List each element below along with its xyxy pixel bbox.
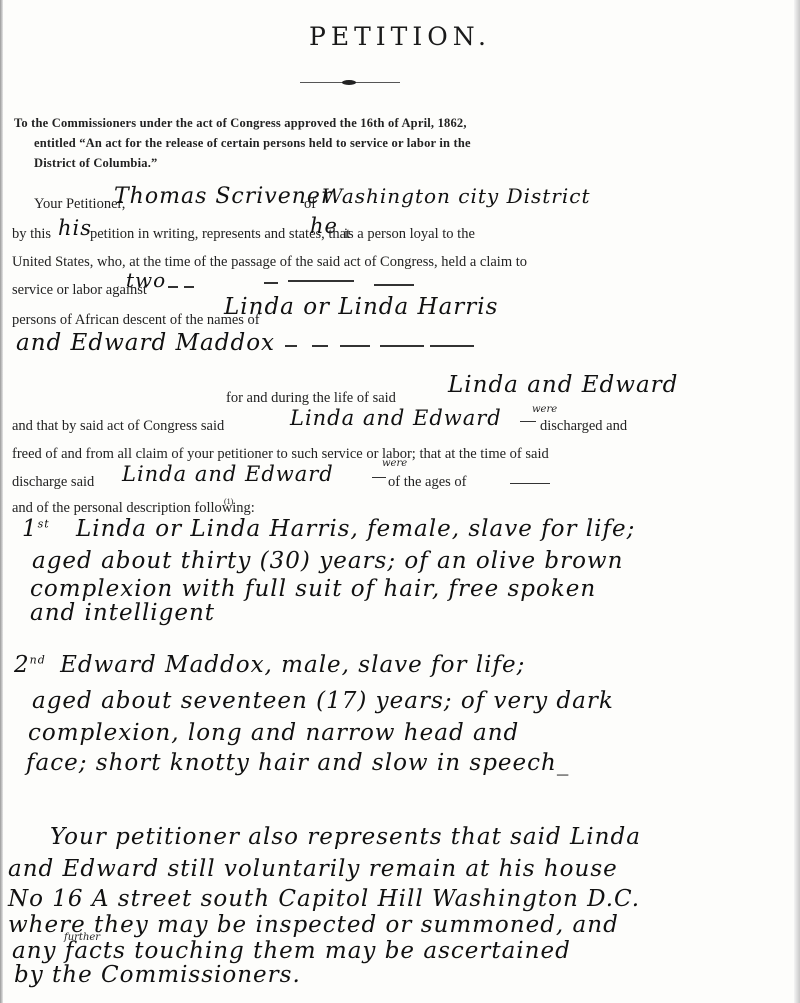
was-strikethrough (520, 421, 536, 422)
was-strikethrough-2 (372, 477, 386, 478)
fill-dash (264, 282, 278, 284)
fill-dash (288, 280, 354, 282)
closing-line-1: Your petitioner also represents that sai… (50, 824, 641, 850)
page-edge-right (794, 0, 800, 1003)
ages-names: Linda and Edward (122, 462, 334, 486)
label-united-states: United States, who, at the time of the p… (12, 254, 527, 271)
fill-dash (184, 286, 194, 288)
fill-dash (340, 345, 370, 347)
document-title: PETITION. (0, 22, 800, 51)
label-personal-description: and of the personal description followin… (12, 500, 255, 517)
description-2-line-4: face; short knotty hair and slow in spee… (26, 750, 569, 776)
closing-line-3: No 16 A street south Capitol Hill Washin… (8, 886, 640, 912)
ordinal-suffix: nd (30, 653, 46, 666)
label-of-the-ages: of the ages of (388, 474, 467, 491)
address-line-2: entitled “An act for the release of cert… (34, 136, 471, 151)
description-1-line-1: 1st Linda or Linda Harris, female, slave… (22, 516, 635, 542)
fill-dash (312, 345, 328, 347)
label-for-life: for and during the life of said (226, 390, 396, 407)
fill-dash (374, 284, 414, 286)
label-by-this: by this (12, 226, 51, 243)
ordinal: 2 (14, 652, 30, 678)
fill-dash (380, 345, 424, 347)
label-freed: freed of and from all claim of your peti… (12, 446, 549, 463)
persons-names-line-1: Linda or Linda Harris (224, 294, 498, 320)
fill-dash (285, 345, 297, 347)
fill-dash (510, 483, 550, 484)
page-edge-left (0, 0, 3, 1003)
pronoun-possessive: his (58, 216, 92, 240)
footnote-marker: (1) (224, 497, 233, 506)
address-line-3: District of Columbia.” (34, 156, 158, 171)
petition-page: PETITION. To the Commissioners under the… (0, 0, 800, 1003)
were-correction-2: were (382, 458, 407, 469)
petitioner-name: Thomas Scrivener (114, 184, 332, 209)
petitioner-residence: Washington city District (322, 184, 591, 208)
closing-line-6: by the Commissioners. (14, 962, 301, 988)
ordinal-suffix: st (38, 517, 50, 530)
discharged-names: Linda and Edward (290, 406, 502, 430)
description-2-line-2: aged about seventeen (17) years; of very… (32, 688, 614, 714)
label-persons-of: persons of African descent of the names … (12, 312, 260, 329)
description-1-line-3: complexion with full suit of hair, free … (30, 576, 596, 602)
persons-count: two (126, 268, 166, 292)
ornamental-rule (300, 82, 400, 84)
pronoun-subject: he (310, 214, 338, 238)
persons-names-line-2: and Edward Maddox (16, 330, 275, 356)
description-2-line-1: 2nd Edward Maddox, male, slave for life; (14, 652, 525, 678)
label-discharge-said: discharge said (12, 474, 94, 491)
ordinal: 1 (22, 516, 38, 542)
closing-line-2: and Edward still voluntarily remain at h… (8, 856, 618, 882)
life-names: Linda and Edward (448, 372, 678, 398)
description-1-line-4: and intelligent (30, 600, 215, 626)
label-loyal: is a person loyal to the (344, 226, 475, 243)
label-and-that: and that by said act of Congress said (12, 418, 224, 435)
closing-line-5: any facts touching them may be ascertain… (12, 938, 571, 964)
address-line-1: To the Commissioners under the act of Co… (14, 116, 467, 131)
fill-dash (430, 345, 474, 347)
description-2-line-3: complexion, long and narrow head and (28, 720, 519, 746)
fill-dash (168, 286, 178, 288)
label-your-petitioner: Your Petitioner, (34, 196, 125, 213)
description-1-line-2: aged about thirty (30) years; of an oliv… (32, 548, 623, 574)
were-correction: were (532, 404, 557, 415)
label-of: of (304, 196, 316, 213)
label-discharged-and: discharged and (540, 418, 627, 435)
